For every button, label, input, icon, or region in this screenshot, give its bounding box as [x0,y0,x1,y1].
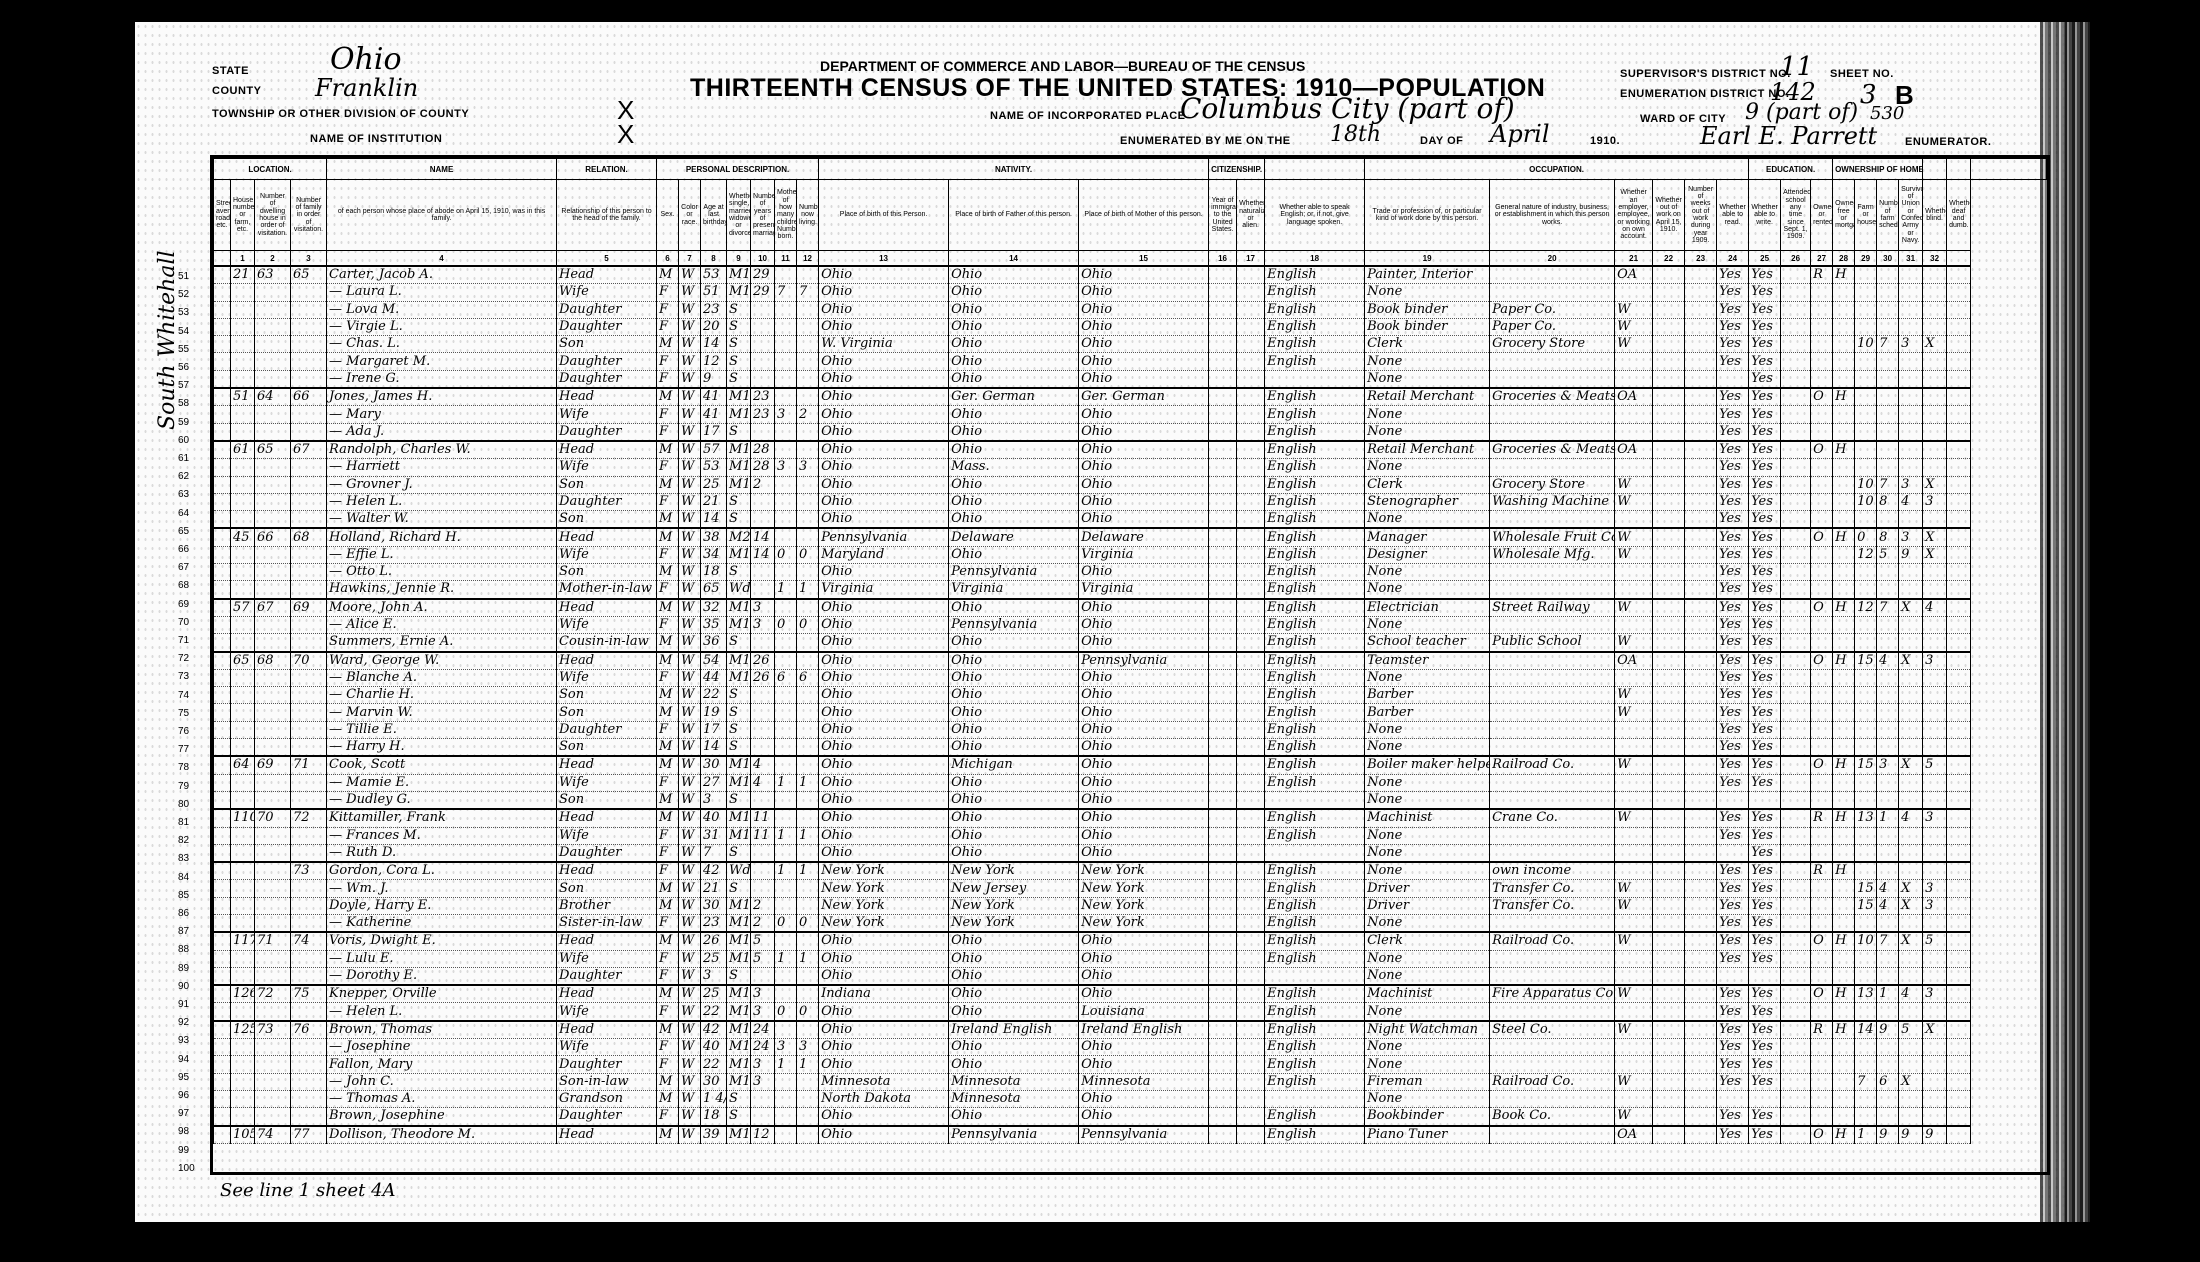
line-number: 63 [178,489,189,500]
cell-ms: M1 [727,985,751,1003]
column-number: 13 [819,251,949,267]
cell-pob: Ohio [819,1126,949,1144]
cell-sch [1781,599,1811,617]
cell-sex: F [657,581,679,599]
cell-b [1947,546,1971,563]
cell-ow [1653,1039,1685,1056]
cell-c1 [1855,1090,1877,1107]
column-header: Age at last birthday. [701,180,727,251]
cell-living [797,985,819,1003]
cell-sch [1781,985,1811,1003]
cell-s [214,985,231,1003]
cell-emp [1615,1039,1653,1056]
cell-c4: 4 [1923,599,1947,617]
cell-b [1947,774,1971,791]
cell-fh [1833,704,1855,721]
cell-ind [1490,1126,1615,1144]
cell-nat [1237,669,1265,686]
cell-b [1947,652,1971,670]
line-number: 51 [178,271,189,282]
cell-pob: Maryland [819,546,949,563]
cell-ms: S [727,423,751,441]
cell-sch [1781,318,1811,335]
cell-ow [1653,634,1685,652]
cell-imm [1209,756,1237,774]
cell-pob: Ohio [819,791,949,809]
cell-race: W [679,827,701,844]
cell-c1: 15 [1855,652,1877,670]
cell-c1 [1855,791,1877,809]
cell-c3: X [1899,880,1923,897]
cell-fpob: Ohio [949,634,1079,652]
cell-write: Yes [1749,669,1781,686]
cell-s [214,336,231,353]
cell-living [797,493,819,510]
cell-ind [1490,967,1615,985]
cell-rel: Daughter [557,423,657,441]
cell-f [291,950,327,967]
line-number: 100 [178,1163,195,1174]
cell-emp [1615,791,1653,809]
cell-yrs: 26 [751,669,775,686]
cell-dw: 117 [231,932,255,950]
cell-c1 [1855,862,1877,880]
line-number: 70 [178,617,189,628]
cell-wk [1685,616,1717,633]
line-number: 84 [178,872,189,883]
cell-imm [1209,897,1237,914]
cell-mpob: Ohio [1079,967,1209,985]
enumerated-label: ENUMERATED BY ME ON THE [1120,135,1291,147]
cell-age: 27 [701,774,727,791]
cell-yrs: 3 [751,599,775,617]
cell-wk [1685,1073,1717,1090]
cell-sex: F [657,1003,679,1021]
cell-imm [1209,1126,1237,1144]
line-number: 53 [178,307,189,318]
cell-read [1717,1090,1749,1107]
cell-mpob: Ohio [1079,739,1209,757]
cell-nat [1237,634,1265,652]
cell-h: 74 [255,1126,291,1144]
cell-emp: W [1615,599,1653,617]
cell-c3: X [1899,1073,1923,1090]
cell-fpob: Ohio [949,370,1079,388]
cell-living [797,423,819,441]
cell-pob: Ohio [819,493,949,510]
cell-trade: None [1365,950,1490,967]
cell-sex: F [657,493,679,510]
cell-c1 [1855,318,1877,335]
cell-pob: Ohio [819,1003,949,1021]
cell-yrs [751,493,775,510]
cell-wk [1685,353,1717,370]
cell-emp: W [1615,493,1653,510]
cell-rel: Head [557,599,657,617]
line-number: 66 [178,544,189,555]
cell-dw: 21 [231,266,255,284]
cell-c2 [1877,581,1899,599]
table-row: 576769Moore, John A.HeadMW32M13OhioOhioO… [214,599,2047,617]
cell-fh: H [1833,985,1855,1003]
column-number: 11 [775,251,797,267]
cell-s [214,441,231,459]
line-number: 56 [178,362,189,373]
cell-race: W [679,652,701,670]
cell-born: 0 [775,616,797,633]
cell-fpob: Ohio [949,721,1079,738]
cell-eng: English [1265,441,1365,459]
cell-emp: W [1615,528,1653,546]
cell-c4: 3 [1923,880,1947,897]
cell-fpob: Ohio [949,844,1079,862]
cell-b [1947,756,1971,774]
cell-dw [231,844,255,862]
cell-ow [1653,950,1685,967]
cell-b [1947,1056,1971,1073]
cell-ow [1653,914,1685,932]
cell-own [1811,423,1833,441]
cell-mpob: Ohio [1079,950,1209,967]
cell-sch [1781,1039,1811,1056]
cell-c4 [1923,1056,1947,1073]
cell-sex: F [657,370,679,388]
cell-c3 [1899,1108,1923,1126]
column-header: Farm or house. [1855,180,1877,251]
cell-nat [1237,493,1265,510]
cell-b [1947,634,1971,652]
cell-nat [1237,406,1265,423]
cell-c4: 3 [1923,985,1947,1003]
cell-ind [1490,564,1615,581]
cell-fh: H [1833,652,1855,670]
cell-trade: None [1365,1090,1490,1107]
cell-ind [1490,950,1615,967]
line-number: 71 [178,635,189,646]
column-header: Whether blind. [1923,180,1947,251]
cell-h [255,1056,291,1073]
cell-imm [1209,669,1237,686]
cell-c3 [1899,423,1923,441]
group-citizenship: CITIZENSHIP. [1209,159,1265,180]
cell-sex: M [657,266,679,284]
day-of-label: DAY OF [1420,135,1463,147]
cell-ow [1653,459,1685,476]
cell-mpob: Ohio [1079,721,1209,738]
table-row: — Effie L.WifeFW34M11400MarylandOhioVirg… [214,546,2047,563]
cell-read: Yes [1717,528,1749,546]
cell-rel: Son [557,564,657,581]
cell-c2 [1877,564,1899,581]
line-number: 75 [178,708,189,719]
cell-trade: None [1365,370,1490,388]
cell-own [1811,844,1833,862]
cell-age: 41 [701,388,727,406]
cell-pob: Ohio [819,652,949,670]
column-number: 10 [751,251,775,267]
column-number: 17 [1237,251,1265,267]
cell-write: Yes [1749,581,1781,599]
cell-dw: 45 [231,528,255,546]
cell-eng: English [1265,950,1365,967]
cell-dw [231,1073,255,1090]
cell-mpob: Ohio [1079,616,1209,633]
cell-race: W [679,914,701,932]
cell-fh [1833,897,1855,914]
cell-c3: 9 [1899,1126,1923,1144]
cell-ow [1653,809,1685,827]
cell-b [1947,914,1971,932]
cell-own [1811,476,1833,493]
cell-age: 25 [701,950,727,967]
cell-name: — Irene G. [327,370,557,388]
cell-emp: W [1615,1021,1653,1039]
cell-b [1947,897,1971,914]
cell-eng: English [1265,388,1365,406]
cell-s [214,827,231,844]
cell-f [291,1039,327,1056]
cell-mpob: Ohio [1079,423,1209,441]
cell-name: Cook, Scott [327,756,557,774]
cell-emp [1615,370,1653,388]
cell-write: Yes [1749,406,1781,423]
cell-read: Yes [1717,564,1749,581]
cell-emp: OA [1615,441,1653,459]
cell-own [1811,669,1833,686]
cell-nat [1237,1090,1265,1107]
cell-c3 [1899,581,1923,599]
cell-trade: None [1365,739,1490,757]
cell-ms: S [727,370,751,388]
cell-pob: New York [819,862,949,880]
cell-b [1947,721,1971,738]
cell-sch [1781,511,1811,529]
cell-sch [1781,950,1811,967]
cell-eng: English [1265,721,1365,738]
cell-sex: M [657,1090,679,1107]
cell-own [1811,739,1833,757]
cell-s [214,599,231,617]
cell-mpob: Ohio [1079,634,1209,652]
cell-s [214,370,231,388]
table-row: — Helen L.WifeFW22M1300OhioOhioLouisiana… [214,1003,2047,1021]
cell-s [214,1073,231,1090]
cell-ind [1490,914,1615,932]
cell-wk [1685,897,1717,914]
cell-emp [1615,967,1653,985]
cell-read: Yes [1717,1003,1749,1021]
cell-pob: Ohio [819,634,949,652]
cell-sch [1781,844,1811,862]
cell-read: Yes [1717,721,1749,738]
cell-ind: Street Railway [1490,599,1615,617]
cell-ms: M1 [727,1003,751,1021]
cell-c3 [1899,266,1923,284]
cell-name: — Mary [327,406,557,423]
cell-dw [231,914,255,932]
cell-eng: English [1265,406,1365,423]
cell-fh [1833,1090,1855,1107]
cell-b [1947,528,1971,546]
cell-c4 [1923,1090,1947,1107]
cell-sex: F [657,914,679,932]
cell-born: 3 [775,1039,797,1056]
cell-eng: English [1265,652,1365,670]
cell-pob: Ohio [819,1021,949,1039]
cell-sch [1781,756,1811,774]
column-header: Place of birth of this Person. [819,180,949,251]
cell-dw [231,704,255,721]
group-deaf [1971,159,2047,180]
cell-c3 [1899,862,1923,880]
cell-ind: Transfer Co. [1490,897,1615,914]
cell-sex: M [657,739,679,757]
cell-read [1717,967,1749,985]
cell-b [1947,1073,1971,1090]
cell-ms: S [727,564,751,581]
cell-wk [1685,1108,1717,1126]
cell-f [291,897,327,914]
cell-age: 9 [701,370,727,388]
cell-living [797,739,819,757]
cell-born [775,528,797,546]
cell-fh [1833,301,1855,318]
day-value: 18th [1330,122,1381,147]
line-number: 57 [178,380,189,391]
cell-fpob: Virginia [949,581,1079,599]
cell-pob: Ohio [819,616,949,633]
cell-emp: W [1615,634,1653,652]
cell-imm [1209,634,1237,652]
line-number: 68 [178,580,189,591]
cell-c3 [1899,1003,1923,1021]
cell-fpob: Ohio [949,704,1079,721]
column-header: Whether deaf and dumb. [1947,180,1971,251]
cell-own: R [1811,266,1833,284]
cell-c1 [1855,669,1877,686]
cell-yrs [751,739,775,757]
cell-dw: 51 [231,388,255,406]
cell-sex: M [657,704,679,721]
table-row: — Alice E.WifeFW35M1300OhioPennsylvaniaO… [214,616,2047,633]
cell-mpob: Pennsylvania [1079,652,1209,670]
cell-rel: Wife [557,950,657,967]
cell-mpob: Louisiana [1079,1003,1209,1021]
cell-own [1811,774,1833,791]
cell-nat [1237,266,1265,284]
cell-c1 [1855,581,1877,599]
cell-born [775,809,797,827]
cell-c4 [1923,301,1947,318]
cell-emp: W [1615,318,1653,335]
cell-c2 [1877,616,1899,633]
cell-born [775,721,797,738]
cell-fh [1833,1003,1855,1021]
cell-h [255,336,291,353]
cell-dw [231,862,255,880]
cell-nat [1237,914,1265,932]
cell-name: — Josephine [327,1039,557,1056]
place-value: Columbus City (part of) [1180,92,1515,125]
cell-c4 [1923,844,1947,862]
cell-read: Yes [1717,511,1749,529]
cell-dw: 64 [231,756,255,774]
cell-mpob: Ohio [1079,301,1209,318]
cell-born [775,511,797,529]
cell-s [214,616,231,633]
cell-write: Yes [1749,459,1781,476]
cell-imm [1209,511,1237,529]
column-number: 14 [949,251,1079,267]
cell-dw [231,880,255,897]
cell-imm [1209,301,1237,318]
cell-f: 75 [291,985,327,1003]
column-header: Number now living. [797,180,819,251]
cell-born [775,1073,797,1090]
cell-h [255,914,291,932]
cell-c4: 3 [1923,652,1947,670]
line-number: 55 [178,344,189,355]
cell-emp: W [1615,1073,1653,1090]
cell-dw [231,1056,255,1073]
cell-nat [1237,880,1265,897]
institution-label: NAME OF INSTITUTION [310,133,442,145]
state-value: Ohio [330,42,402,77]
cell-pob: Ohio [819,967,949,985]
cell-age: 12 [701,353,727,370]
cell-f [291,546,327,563]
cell-c1 [1855,721,1877,738]
cell-rel: Daughter [557,370,657,388]
cell-c3 [1899,388,1923,406]
cell-trade: Bookbinder [1365,1108,1490,1126]
cell-pob: Ohio [819,599,949,617]
cell-eng: English [1265,880,1365,897]
cell-sch [1781,897,1811,914]
cell-age: 1 4/12 [701,1090,727,1107]
cell-emp [1615,406,1653,423]
cell-h [255,704,291,721]
cell-ms: M1 [727,476,751,493]
cell-mpob: Ohio [1079,791,1209,809]
cell-h [255,459,291,476]
table-row: 646971Cook, ScottHeadMW30M14OhioMichigan… [214,756,2047,774]
cell-name: Dollison, Theodore M. [327,1126,557,1144]
cell-dw [231,669,255,686]
cell-age: 21 [701,880,727,897]
cell-sex: F [657,616,679,633]
cell-fh: H [1833,862,1855,880]
cell-s [214,774,231,791]
cell-nat [1237,441,1265,459]
cell-f: 74 [291,932,327,950]
cell-name: Jones, James H. [327,388,557,406]
cell-wk [1685,370,1717,388]
cell-trade: Driver [1365,897,1490,914]
cell-read: Yes [1717,932,1749,950]
cell-nat [1237,809,1265,827]
cell-name: — Virgie L. [327,318,557,335]
cell-sex: F [657,353,679,370]
cell-sch [1781,266,1811,284]
cell-nat [1237,774,1265,791]
cell-write: Yes [1749,950,1781,967]
cell-name: Brown, Josephine [327,1108,557,1126]
cell-ms: M1 [727,1039,751,1056]
cell-own [1811,459,1833,476]
table-row: — Chas. L.SonMW14SW. VirginiaOhioOhioEng… [214,336,2047,353]
cell-ind: own income [1490,862,1615,880]
